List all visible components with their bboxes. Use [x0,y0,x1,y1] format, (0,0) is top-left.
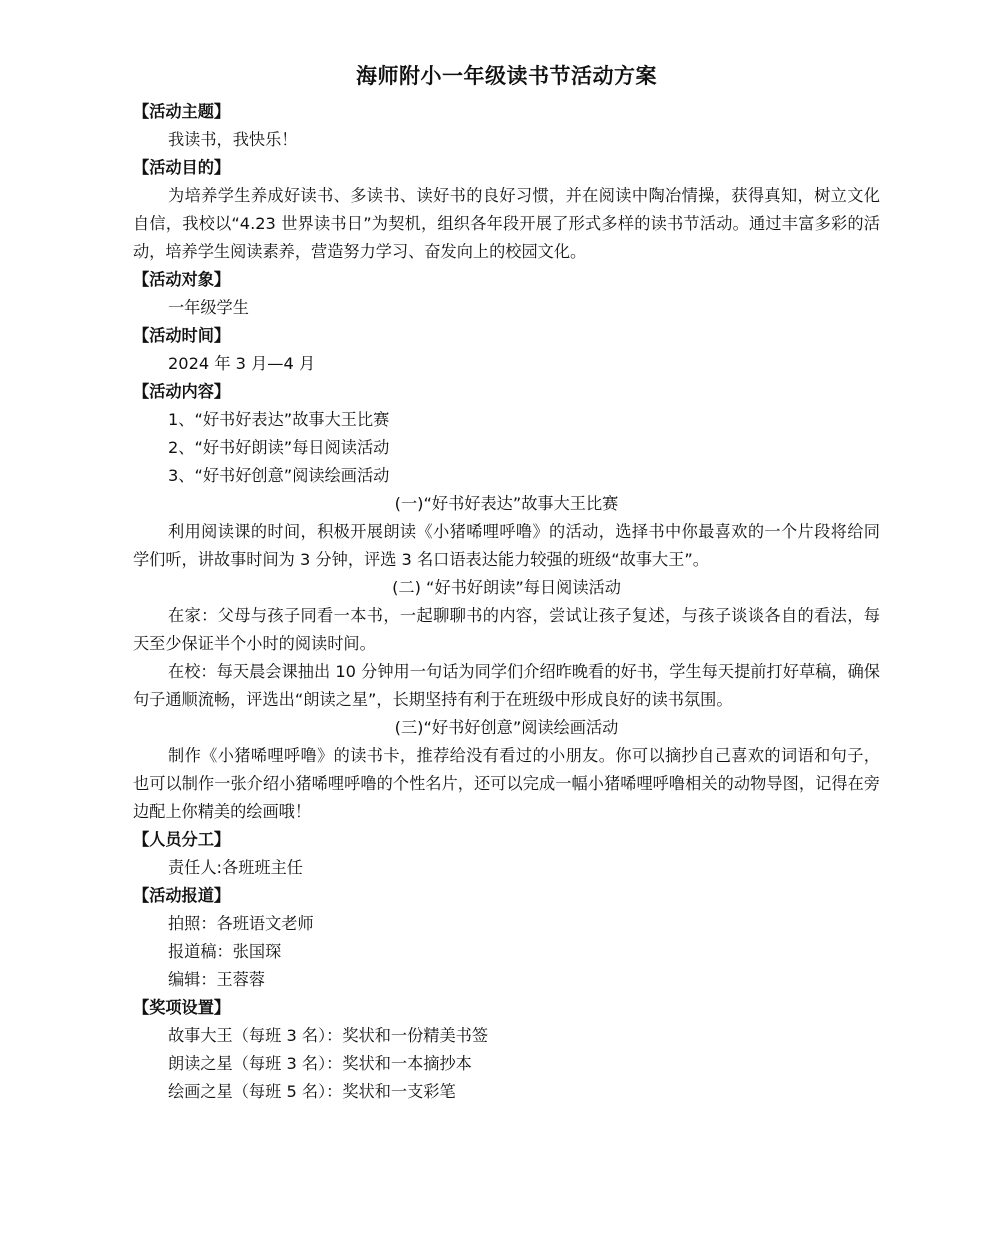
section-heading-staff: 【人员分工】 [133,826,880,854]
activity2-heading: (二) “好书好朗读”每日阅读活动 [133,574,880,602]
activity1-heading: (一)“好书好表达”故事大王比赛 [133,490,880,518]
activity3-text: 制作《小猪唏哩呼噜》的读书卡，推荐给没有看过的小朋友。你可以摘抄自己喜欢的词语和… [133,742,880,826]
activity2-school-text: 在校：每天晨会课抽出 10 分钟用一句话为同学们介绍昨晚看的好书，学生每天提前打… [133,658,880,714]
section-heading-theme: 【活动主题】 [133,98,880,126]
document-title: 海师附小一年级读书节活动方案 [133,56,880,96]
staff-text: 责任人:各班班主任 [133,854,880,882]
report-item: 拍照：各班语文老师 [133,910,880,938]
activity1-text: 利用阅读课的时间，积极开展朗读《小猪唏哩呼噜》的活动，选择书中你最喜欢的一个片段… [133,518,880,574]
award-item: 绘画之星（每班 5 名）：奖状和一支彩笔 [133,1078,880,1106]
purpose-text: 为培养学生养成好读书、多读书、读好书的良好习惯，并在阅读中陶冶情操，获得真知，树… [133,182,880,266]
section-heading-content: 【活动内容】 [133,378,880,406]
report-item: 报道稿：张国琛 [133,938,880,966]
section-heading-awards: 【奖项设置】 [133,994,880,1022]
time-text: 2024 年 3 月—4 月 [133,350,880,378]
section-heading-report: 【活动报道】 [133,882,880,910]
activity2-home-text: 在家：父母与孩子同看一本书，一起聊聊书的内容，尝试让孩子复述，与孩子谈谈各自的看… [133,602,880,658]
content-item: 1、“好书好表达”故事大王比赛 [133,406,880,434]
target-text: 一年级学生 [133,294,880,322]
award-item: 故事大王（每班 3 名）：奖状和一份精美书签 [133,1022,880,1050]
award-item: 朗读之星（每班 3 名）：奖状和一本摘抄本 [133,1050,880,1078]
section-heading-purpose: 【活动目的】 [133,154,880,182]
document-page: 海师附小一年级读书节活动方案 【活动主题】 我读书，我快乐！ 【活动目的】 为培… [133,56,880,1106]
theme-text: 我读书，我快乐！ [133,126,880,154]
report-item: 编辑：王蓉蓉 [133,966,880,994]
section-heading-target: 【活动对象】 [133,266,880,294]
activity3-heading: (三)“好书好创意”阅读绘画活动 [133,714,880,742]
section-heading-time: 【活动时间】 [133,322,880,350]
content-item: 2、“好书好朗读”每日阅读活动 [133,434,880,462]
content-item: 3、“好书好创意”阅读绘画活动 [133,462,880,490]
